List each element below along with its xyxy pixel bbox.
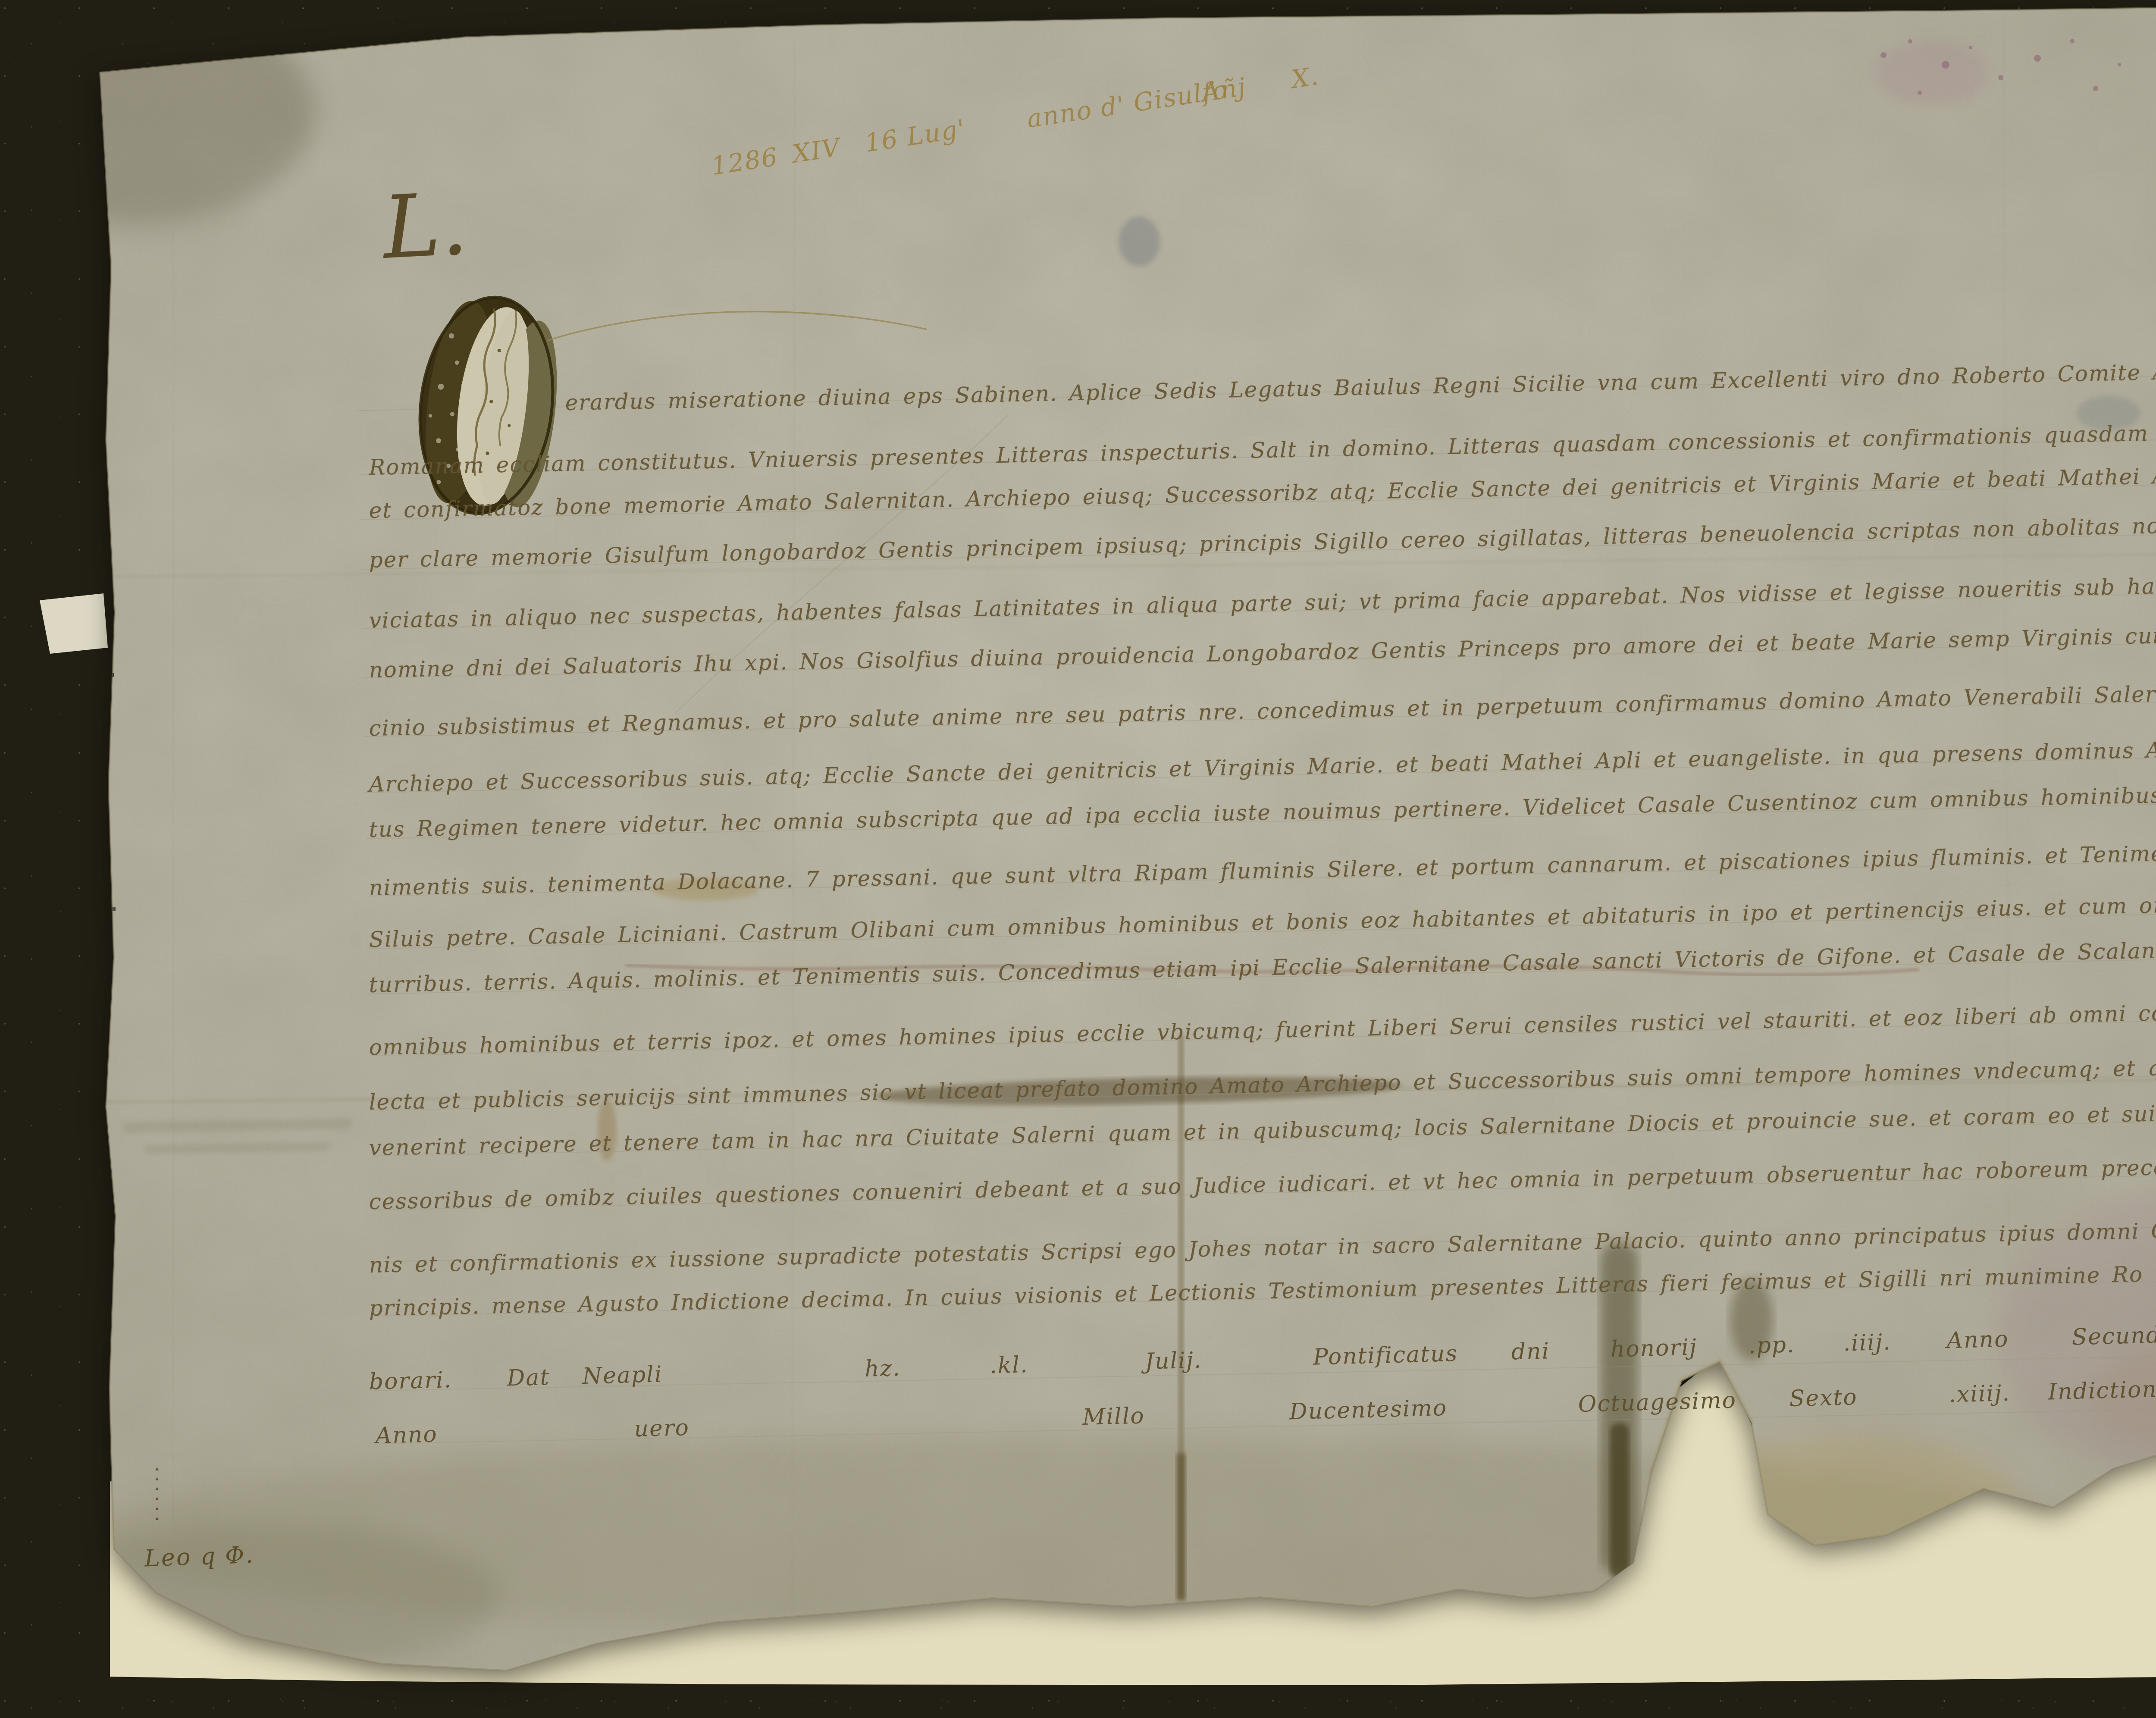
dating-word: Anno — [375, 1421, 438, 1449]
charter-photograph: L. 1286 XIV 16 Lug' anno d' Gisulfo Añj … — [0, 0, 2156, 1718]
dating-word: Ducentesimo — [1289, 1395, 1448, 1425]
dating-word: uero — [634, 1415, 690, 1442]
dating-word: Neapli — [582, 1361, 663, 1389]
dating-word: .iiij. — [1843, 1329, 1892, 1357]
dating-word: borari. — [369, 1367, 452, 1395]
dating-word: Dat — [507, 1364, 550, 1392]
dating-word: .pp. — [1748, 1332, 1795, 1359]
note-word: X. — [1289, 61, 1321, 94]
dating-word: honorij — [1610, 1334, 1698, 1362]
archival-shelfmark-note: Leo q Φ. — [144, 1541, 255, 1572]
left-edge-repair-tab — [40, 593, 108, 654]
dating-word: .xiiij. — [1949, 1380, 2011, 1408]
dating-word: Indictionis; — [2048, 1376, 2156, 1405]
dating-word: Secundo. — [2071, 1322, 2156, 1351]
dating-word: Pontificatus — [1313, 1341, 1458, 1370]
dating-word: hz. — [865, 1355, 901, 1382]
dating-word: .kl. — [990, 1352, 1029, 1379]
dating-word: Anno — [1946, 1326, 2009, 1354]
dating-word: Octuagesimo — [1578, 1387, 1737, 1417]
margin-tally-marks: ▴▴▴▴▴▴ — [149, 1464, 160, 1524]
archival-letter-mark: L. — [380, 174, 470, 279]
dating-word: dni — [1511, 1338, 1550, 1365]
dating-word: Sexto — [1789, 1384, 1858, 1412]
dating-word: Millo — [1082, 1403, 1145, 1430]
dating-word: Julij. — [1144, 1347, 1202, 1374]
note-word: Añj — [1200, 72, 1248, 108]
